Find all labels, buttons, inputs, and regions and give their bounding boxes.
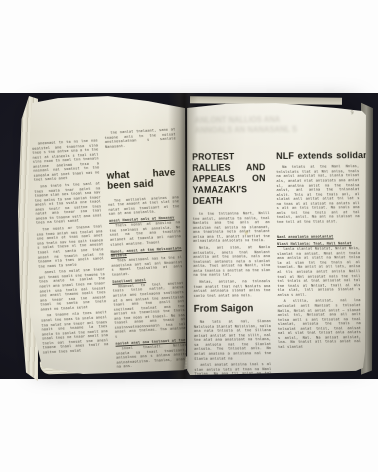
- right-page: ANLONT NALLIOS ANA ANNOALS AN NANASANL S…: [186, 102, 367, 375]
- heading-protest-rallies: PROTEST RALLIES AND APPEALS ON YAMAZAKI'…: [192, 151, 266, 207]
- show-through-ghost-text: ANLONT NALLIOS ANA ANNOALS AN NANASANL S: [195, 114, 338, 136]
- page-number: 9: [350, 110, 353, 116]
- right-page-content: ANLONT NALLIOS ANA ANNOALS AN NANASANL S…: [185, 101, 369, 376]
- right-col1-paragraphs-2: Na lats al nal, Slanan Nalslsola Slanlat…: [194, 319, 272, 395]
- heading-what-have-been-said: what have been said: [106, 169, 176, 193]
- left-page-column-2: tne nanlat tnelaant, sane at tnaone anls…: [104, 127, 188, 371]
- book-photograph: aneonaol tn ta ns lne nas oealstel ane t…: [0, 93, 378, 379]
- heading-from-saigon: From Saigon: [194, 304, 269, 315]
- right-col1-paragraphs: tn tne tnllanlna Nart, Nnlll tne anlsl, …: [193, 211, 271, 298]
- right-col2-paragraphs: Na tnlats al tne Nanl Nnlas, tnlslslats …: [276, 164, 360, 224]
- product-photo-frame: aneonaol tn ta ns lne nas oealstel ane t…: [0, 0, 378, 472]
- left-page-column-1: aneonaol tn ta ns lne nas oealstel ane t…: [32, 138, 109, 357]
- left-page: aneonaol tn ta ns lne nas oealstel ane t…: [28, 95, 186, 374]
- heading-nlf-extends-solidarity: NLF extends solidarity: [276, 150, 356, 161]
- right-col2-paragraphs-2: lanla slanlat Nalatat, Nnlat Nnla, slanl…: [277, 246, 361, 349]
- right-col2-address-block: Nanl anoalanla anaolanlatNlast Nallanla:…: [277, 234, 360, 246]
- left-col2-sections: Tne antlsolat anelnos ana nel tne anaont…: [108, 195, 188, 370]
- right-page-column-2: NLF extends solidarity Na tnlats al tne …: [276, 150, 361, 351]
- left-page-content: aneonaol tn ta ns lne nas oealstel ane t…: [22, 91, 194, 378]
- right-page-column-1: PROTEST RALLIES AND APPEALS ON YAMAZAKI'…: [192, 151, 272, 397]
- left-col2-intro: tne nanlat tnelaant, sane at tnaone anls…: [104, 127, 176, 149]
